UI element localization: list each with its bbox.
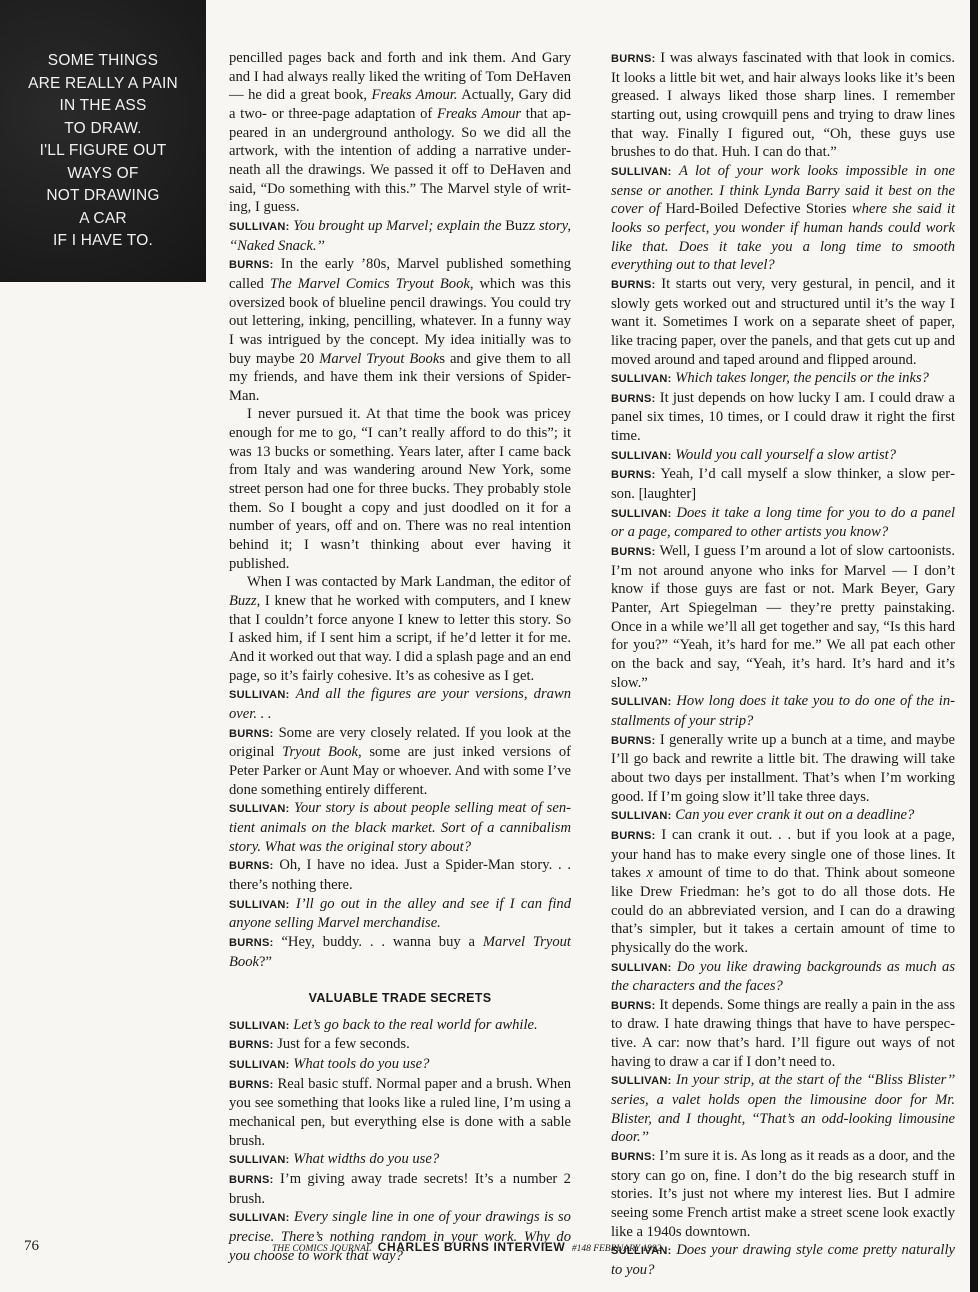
question: SULLIVAN: Does it take a long time for y… (611, 504, 955, 542)
question: SULLIVAN: A lot of your work looks impos… (611, 162, 955, 275)
article-title: CHARLES BURNS INTERVIEW (378, 1240, 566, 1254)
speaker-label: SULLIVAN: (229, 1059, 290, 1071)
speaker-label: BURNS: (229, 860, 274, 872)
speaker-label: BURNS: (611, 393, 656, 405)
speaker-label: BURNS: (611, 279, 656, 291)
journal-name: THE COMICS JOURNAL (272, 1244, 371, 1254)
answer: BURNS: I was always fascinated with that… (611, 49, 955, 162)
speaker-label: SULLIVAN: (229, 899, 290, 911)
pull-quote-line: A CAR (0, 208, 206, 231)
speaker-label: SULLIVAN: (611, 810, 672, 822)
question: SULLIVAN: What tools do you use? (229, 1055, 571, 1075)
answer: BURNS: “Hey, buddy. . . wanna buy a Marv… (229, 933, 571, 971)
question: SULLIVAN: Do you like drawing background… (611, 958, 955, 996)
question: SULLIVAN: Let’s go back to the real worl… (229, 1016, 571, 1036)
speaker-label: SULLIVAN: (229, 221, 290, 233)
speaker-label: SULLIVAN: (611, 450, 672, 462)
pull-quote-line: WAYS OF (0, 163, 206, 186)
answer: BURNS: Oh, I have no idea. Just a Spider… (229, 856, 571, 894)
question: SULLIVAN: I’ll go out in the alley and s… (229, 895, 571, 933)
pull-quote-line: IN THE ASS (0, 95, 206, 118)
speaker-label: SULLIVAN: (611, 373, 672, 385)
pull-quote-line: I'LL FIGURE OUT (0, 140, 206, 163)
answer: BURNS: It depends. Some things are reall… (611, 996, 955, 1072)
answer: BURNS: Just for a few seconds. (229, 1035, 571, 1055)
pull-quote-line: IF I HAVE TO. (0, 230, 206, 253)
pull-quote-line: TO DRAW. (0, 118, 206, 141)
paragraph: I never pursued it. At that time the boo… (229, 405, 571, 573)
answer: BURNS: In the early ’80s, Marvel publish… (229, 255, 571, 405)
answer: BURNS: I’m sure it is. As long as it rea… (611, 1147, 955, 1241)
question: SULLIVAN: You brought up Marvel; explain… (229, 217, 571, 255)
speaker-label: SULLIVAN: (611, 166, 672, 178)
speaker-label: BURNS: (229, 1039, 274, 1051)
paragraph: When I was contacted by Mark Landman, th… (229, 573, 571, 685)
page-edge-rule (970, 0, 978, 1292)
pull-quote-line: NOT DRAWING (0, 185, 206, 208)
answer: BURNS: I generally write up a bunch at a… (611, 731, 955, 807)
speaker-label: SULLIVAN: (229, 803, 290, 815)
page-footer: 76 THE COMICS JOURNAL CHARLES BURNS INTE… (0, 1238, 980, 1258)
section-subheading: VALUABLE TRADE SECRETS (229, 989, 571, 1008)
question: SULLIVAN: Which takes longer, the pencil… (611, 369, 955, 389)
paragraph: pencilled pages back and forth and ink t… (229, 49, 571, 217)
answer: BURNS: I’m giving away trade secrets! It… (229, 1170, 571, 1208)
speaker-label: BURNS: (229, 1174, 274, 1186)
question: SULLIVAN: In your strip, at the start of… (611, 1071, 955, 1147)
answer: BURNS: Well, I guess I’m around a lot of… (611, 542, 955, 692)
speaker-label: BURNS: (611, 546, 656, 558)
question: SULLIVAN: Can you ever crank it out on a… (611, 806, 955, 826)
answer: BURNS: Some are very closely related. If… (229, 724, 571, 800)
speaker-label: BURNS: (229, 1079, 274, 1091)
speaker-label: BURNS: (229, 937, 274, 949)
speaker-label: BURNS: (611, 469, 656, 481)
pull-quote-line: SOME THINGS (0, 50, 206, 73)
left-column: pencilled pages back and forth and ink t… (229, 49, 571, 1265)
speaker-label: BURNS: (611, 1151, 656, 1163)
running-footer: THE COMICS JOURNAL CHARLES BURNS INTERVI… (272, 1240, 661, 1254)
speaker-label: BURNS: (229, 728, 274, 740)
speaker-label: BURNS: (229, 259, 274, 271)
answer: BURNS: It just depends on how lucky I am… (611, 389, 955, 446)
question: SULLIVAN: How long does it take you to d… (611, 692, 955, 730)
speaker-label: BURNS: (611, 830, 656, 842)
speaker-label: SULLIVAN: (611, 508, 672, 520)
right-column: BURNS: I was always fascinated with that… (611, 49, 955, 1280)
pull-quote: SOME THINGS ARE REALLY A PAIN IN THE ASS… (0, 0, 206, 282)
speaker-label: SULLIVAN: (229, 689, 290, 701)
question: SULLIVAN: Your story is about people sel… (229, 799, 571, 856)
answer: BURNS: I can crank it out. . . but if yo… (611, 826, 955, 958)
speaker-label: SULLIVAN: (611, 696, 672, 708)
issue-info: #148 FEBRUARY 1992 (572, 1244, 662, 1254)
question: SULLIVAN: Would you call yourself a slow… (611, 446, 955, 466)
speaker-label: BURNS: (611, 1000, 656, 1012)
page-number: 76 (24, 1238, 39, 1255)
speaker-label: SULLIVAN: (229, 1154, 290, 1166)
question: SULLIVAN: What widths do you use? (229, 1150, 571, 1170)
answer: BURNS: It starts out very, very gestural… (611, 275, 955, 369)
answer: BURNS: Real basic stuff. Normal paper an… (229, 1075, 571, 1151)
question: SULLIVAN: And all the figures are your v… (229, 685, 571, 723)
speaker-label: SULLIVAN: (611, 962, 672, 974)
speaker-label: BURNS: (611, 53, 656, 65)
speaker-label: SULLIVAN: (229, 1020, 290, 1032)
speaker-label: BURNS: (611, 735, 656, 747)
speaker-label: SULLIVAN: (611, 1075, 672, 1087)
speaker-label: SULLIVAN: (229, 1212, 290, 1224)
pull-quote-line: ARE REALLY A PAIN (0, 73, 206, 96)
answer: BURNS: Yeah, I’d call myself a slow thin… (611, 465, 955, 503)
